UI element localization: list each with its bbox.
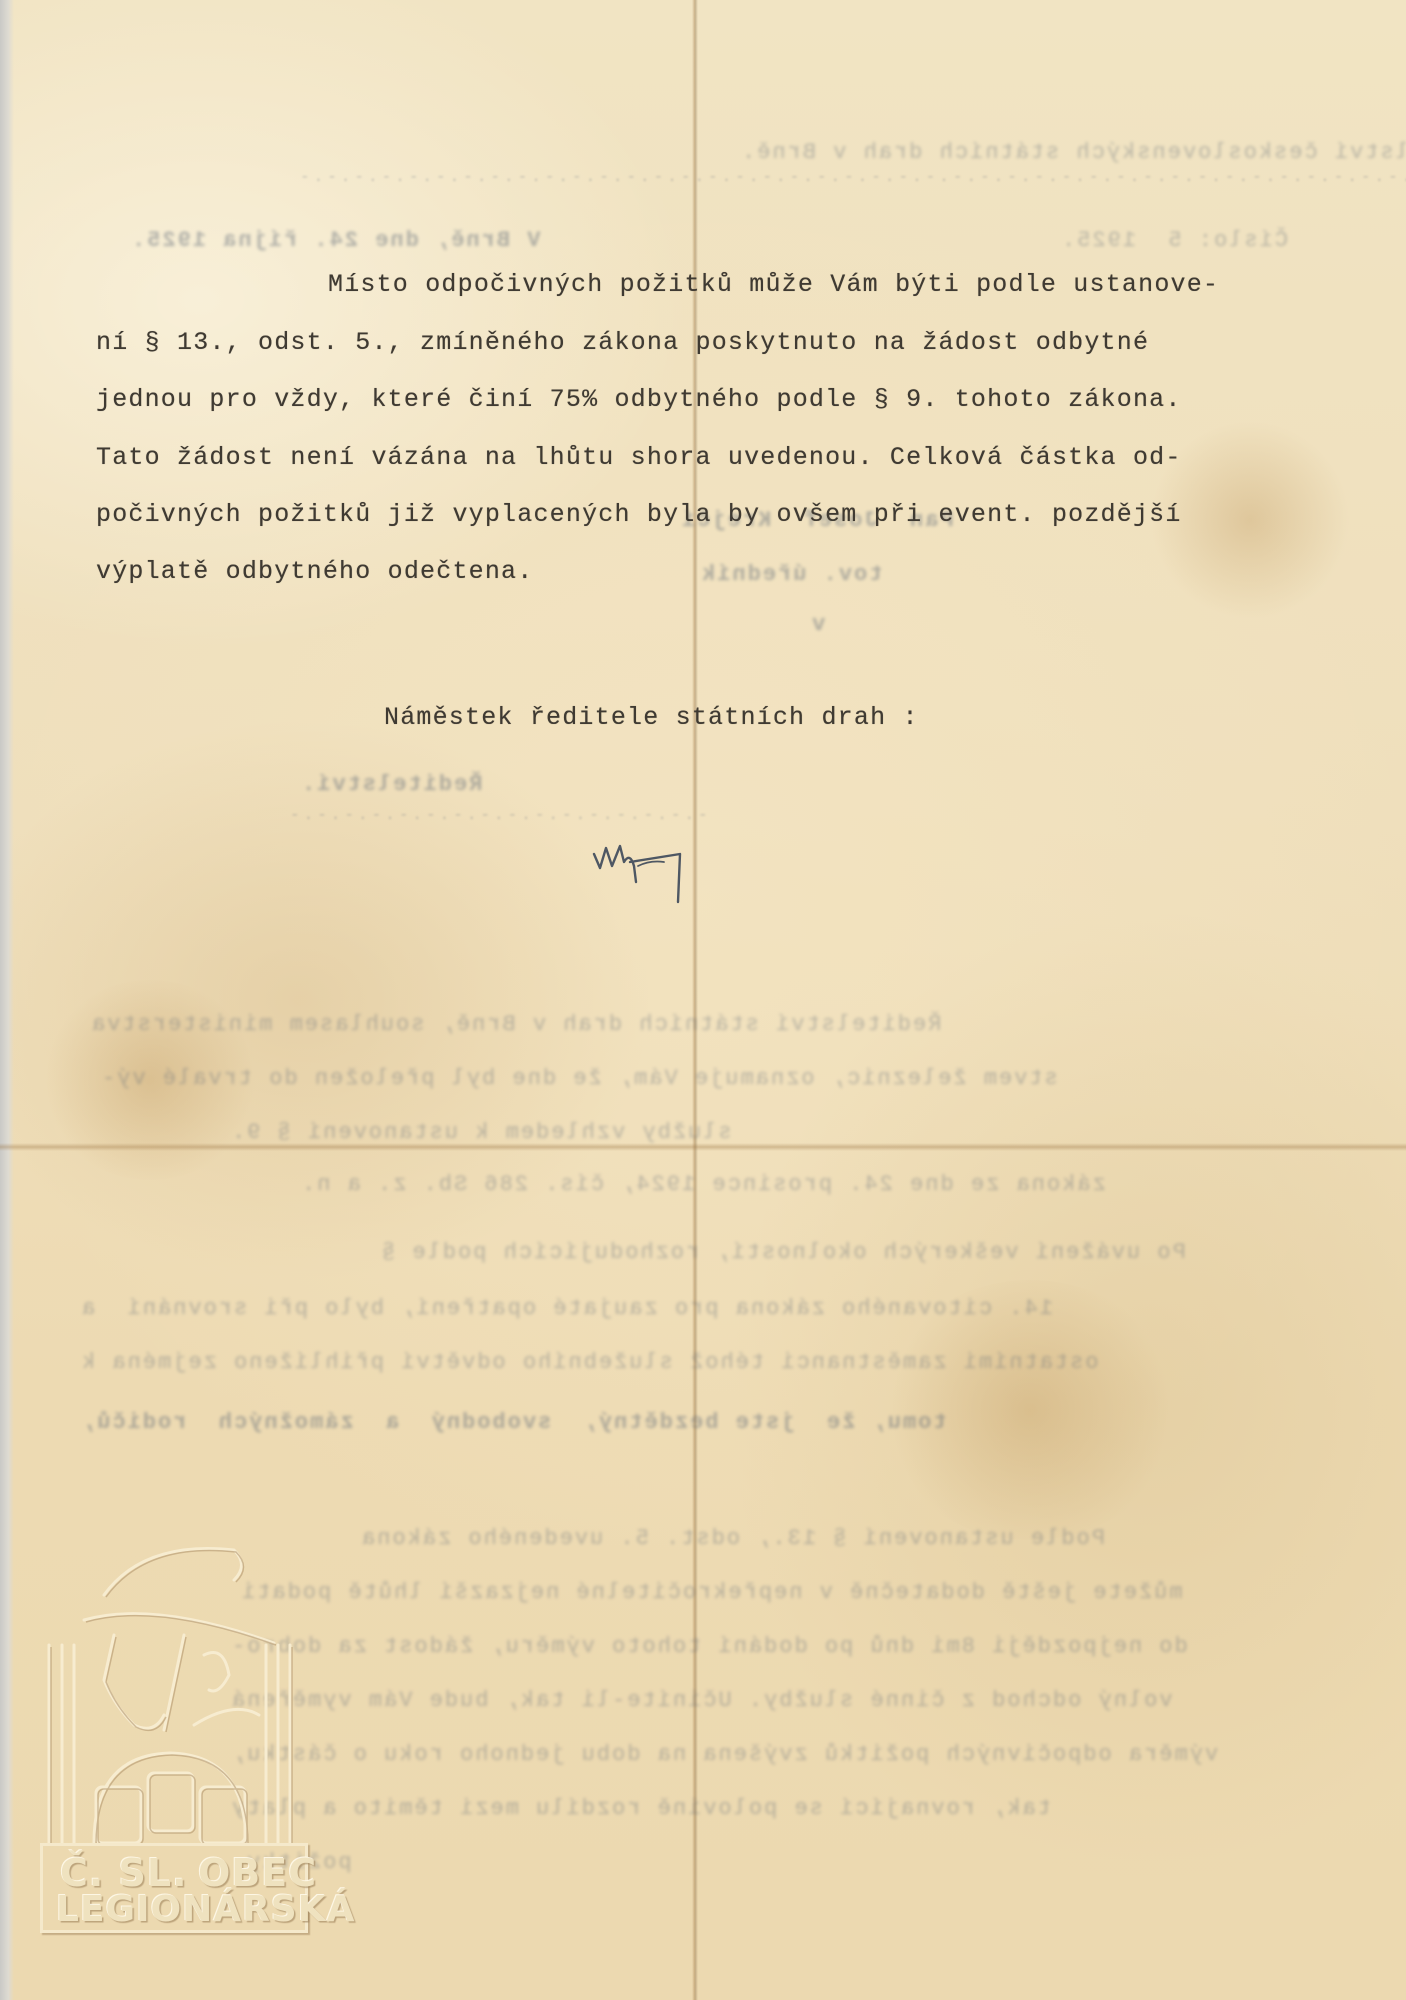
body-line: počivných požitků již vyplacených byla b… xyxy=(96,500,1182,529)
document-page: Ředitelství československých státních dr… xyxy=(0,0,1406,2000)
bleed-body-line: Podle ustanovení § 13., odst. 5. uvedené… xyxy=(360,1526,1105,1551)
bleed-body-line: 14. citovaného zákona pro zaujaté opatře… xyxy=(80,1296,1053,1321)
bleed-body-line: výměra odpočivných požitků zvýšena na do… xyxy=(230,1742,1218,1767)
bleed-body-line: tak, rovnající se polovině rozdílu mezi … xyxy=(230,1796,1051,1821)
bleed-line: Ředitelství. xyxy=(300,772,482,797)
bleed-body-line: do nejpozději 8mi dnů po dodání tohoto v… xyxy=(230,1634,1188,1659)
bleed-body-line: ostatními zaměstnanci téhož služebního o… xyxy=(80,1350,1099,1375)
bleed-body-line: zákona ze dne 24. prosince 1924, čís. 28… xyxy=(300,1172,1106,1197)
body-line: Místo odpočivných požitků může Vám býti … xyxy=(328,270,1219,299)
bleed-body-line: Po uvážení veškerých okolností, rozhoduj… xyxy=(380,1240,1186,1265)
scan-edge xyxy=(0,0,14,2000)
stamp-text-bottom: LEGIONÁRSKÁ xyxy=(56,1889,276,1930)
bleed-dotted-rule: -.-.-.-.-.-.-.-.-.-.-.-.-.-.-.-.-.-.-.-.… xyxy=(300,168,1406,186)
body-line: ní § 13., odst. 5., zmíněného zákona pos… xyxy=(96,328,1149,357)
body-line: výplatě odbytného odečtena. xyxy=(96,557,533,586)
bleed-body-line: Ředitelství státních drah v Brně, souhla… xyxy=(90,1012,941,1037)
bleed-line: tov. úředník xyxy=(700,562,882,587)
body-line: Tato žádost není vázána na lhůtu shora u… xyxy=(96,443,1182,472)
bleed-header: Ředitelství československých státních dr… xyxy=(740,140,1406,165)
legionnaire-emblem-icon xyxy=(34,1525,306,1845)
handwritten-signature xyxy=(590,832,730,922)
signature-title: Náměstek ředitele státních drah : xyxy=(384,703,919,732)
embossed-stamp: Č. SL. OBEC LEGIONÁRSKÁ xyxy=(34,1525,306,1925)
bleed-body-line: stvem železnic, oznamuje Vám, že dne byl… xyxy=(100,1066,1058,1091)
bleed-dotted-rule: -.-.-.-.-.-.-.-.-.-.-.-.-.-.-.- xyxy=(290,806,712,824)
bleed-line: v xyxy=(810,612,825,637)
bleed-body-line: volný odchod z činné služby. Učiníte-li … xyxy=(230,1688,1173,1713)
bleed-ref: Číslo: 5 1925. xyxy=(1060,228,1288,253)
bleed-body-line: můžete ještě dodatečně v nepřekročitelné… xyxy=(240,1580,1183,1605)
bleed-date: V Brně, dne 24. října 1925. xyxy=(130,228,540,253)
bleed-body-line: tomu, že jste bezdětný, svobodný a zámož… xyxy=(80,1410,947,1435)
body-line: jednou pro vždy, které činí 75% odbytnéh… xyxy=(96,385,1182,414)
bleed-body-line: služby vzhledem k ustanovení § 9. xyxy=(230,1120,732,1145)
